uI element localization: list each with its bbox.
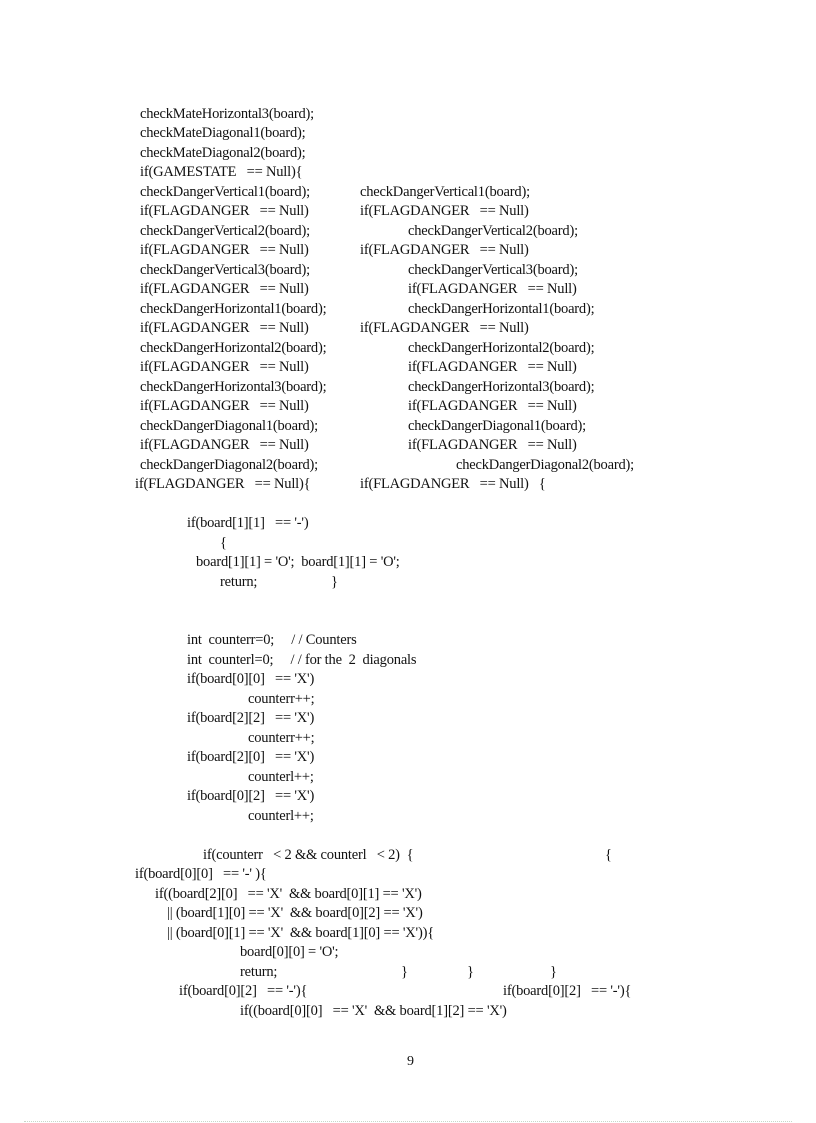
code-line: if(board[0][0] == 'X') (187, 671, 314, 687)
code-line: } (331, 574, 338, 590)
code-line: checkDangerDiagonal1(board); (140, 418, 318, 434)
code-line: if((board[0][0] == 'X' && board[1][2] ==… (240, 1003, 507, 1019)
code-line: if(board[0][2] == 'X') (187, 788, 314, 804)
code-line: counterl++; (248, 769, 314, 785)
code-line: if(FLAGDANGER == Null) (408, 437, 577, 453)
code-line: checkDangerDiagonal1(board); (408, 418, 586, 434)
code-line: if((board[2][0] == 'X' && board[0][1] ==… (155, 886, 422, 902)
code-line: checkDangerHorizontal2(board); (140, 340, 326, 356)
code-line: if(FLAGDANGER == Null) (140, 437, 309, 453)
code-line: checkDangerVertical2(board); (408, 223, 578, 239)
code-line: checkDangerVertical3(board); (140, 262, 310, 278)
code-line: || (board[0][1] == 'X' && board[1][0] ==… (167, 925, 434, 941)
code-line: } (401, 964, 408, 980)
code-line: if(GAMESTATE == Null){ (140, 164, 302, 180)
code-line: if(board[2][0] == 'X') (187, 749, 314, 765)
code-line: if(FLAGDANGER == Null) (408, 398, 577, 414)
code-line: if(board[0][2] == '-'){ (179, 983, 307, 999)
code-line: if(FLAGDANGER == Null) (408, 359, 577, 375)
code-line: if(FLAGDANGER == Null) (360, 320, 529, 336)
code-line: { (220, 535, 227, 551)
code-line: checkDangerVertical2(board); (140, 223, 310, 239)
code-line: checkMateHorizontal3(board); (140, 106, 314, 122)
code-line: if(FLAGDANGER == Null) (140, 242, 309, 258)
code-line: checkDangerVertical3(board); (408, 262, 578, 278)
code-line: checkDangerHorizontal3(board); (140, 379, 326, 395)
code-line: if(FLAGDANGER == Null) (360, 242, 529, 258)
code-line: if(board[1][1] == '-') (187, 515, 308, 531)
code-line: counterr++; (248, 730, 315, 746)
code-line: checkDangerHorizontal3(board); (408, 379, 594, 395)
code-line: checkDangerDiagonal2(board); (456, 457, 634, 473)
code-line: || (board[1][0] == 'X' && board[0][2] ==… (167, 905, 423, 921)
code-line: if(FLAGDANGER == Null) { (360, 476, 546, 492)
code-line: } (467, 964, 474, 980)
code-line: checkDangerHorizontal1(board); (408, 301, 594, 317)
document-page: checkMateHorizontal3(board);checkMateDia… (0, 0, 816, 1123)
code-line: checkDangerVertical1(board); (140, 184, 310, 200)
code-line: int counterr=0; / / Counters (187, 632, 357, 648)
code-line: checkDangerVertical1(board); (360, 184, 530, 200)
code-line: int counterl=0; / / for the 2 diagonals (187, 652, 416, 668)
code-line: if(board[0][0] == '-' ){ (135, 866, 267, 882)
code-line: return; (220, 574, 257, 590)
code-line: } (550, 964, 557, 980)
page-bottom-divider (24, 1121, 792, 1122)
code-line: if(FLAGDANGER == Null) (140, 281, 309, 297)
code-line: if(FLAGDANGER == Null) (140, 398, 309, 414)
code-line: if(FLAGDANGER == Null) (140, 320, 309, 336)
code-line: if(board[2][2] == 'X') (187, 710, 314, 726)
code-line: counterr++; (248, 691, 315, 707)
code-line: checkDangerHorizontal2(board); (408, 340, 594, 356)
code-line: checkMateDiagonal2(board); (140, 145, 306, 161)
code-line: checkMateDiagonal1(board); (140, 125, 306, 141)
code-line: board[1][1] = 'O'; board[1][1] = 'O'; (196, 554, 400, 570)
code-line: checkDangerDiagonal2(board); (140, 457, 318, 473)
code-line: if(FLAGDANGER == Null) (140, 359, 309, 375)
code-line: counterl++; (248, 808, 314, 824)
code-line: if(FLAGDANGER == Null){ (135, 476, 310, 492)
code-line: return; (240, 964, 277, 980)
code-line: checkDangerHorizontal1(board); (140, 301, 326, 317)
page-number: 9 (407, 1054, 414, 1070)
code-line: board[0][0] = 'O'; (240, 944, 338, 960)
code-line: { (605, 847, 612, 863)
code-line: if(FLAGDANGER == Null) (140, 203, 309, 219)
code-line: if(FLAGDANGER == Null) (408, 281, 577, 297)
code-line: if(FLAGDANGER == Null) (360, 203, 529, 219)
code-line: if(counterr < 2 && counterl < 2) { (203, 847, 413, 863)
code-line: if(board[0][2] == '-'){ (503, 983, 631, 999)
